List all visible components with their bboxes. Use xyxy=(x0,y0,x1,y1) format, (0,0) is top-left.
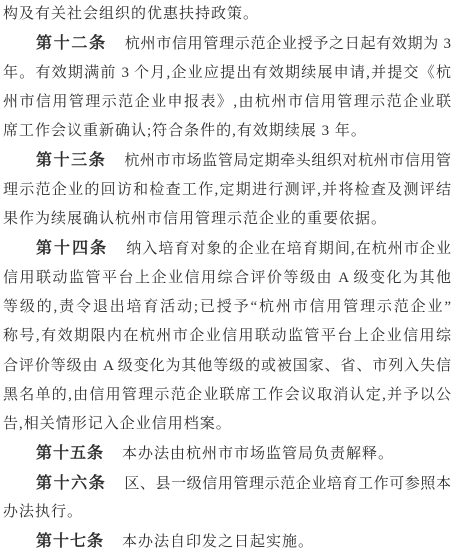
article-15-line: 第十五条本办法由杭州市市场监管局负责解释。 xyxy=(3,439,451,468)
article-14-line: 第十四条纳入培育对象的企业在培育期间,在杭州市企业 xyxy=(3,234,451,263)
text-line: 构及有关社会组织的优惠扶持政策。 xyxy=(3,0,451,29)
line-text: 构及有关社会组织的优惠扶持政策。 xyxy=(3,6,259,22)
line-text: 年。有效期满前 3 个月,企业应提出有效期续展申请,并提交《杭 xyxy=(3,65,451,81)
article-number: 第十三条 xyxy=(36,152,106,169)
line-text: 办法执行。 xyxy=(3,504,83,520)
line-text: 本办法自印发之日起实施。 xyxy=(122,534,314,550)
article-number: 第十二条 xyxy=(36,35,107,52)
line-text: 信用联动监管平台上企业信用综合评价等级由 A 级变化为其他 xyxy=(3,270,451,286)
article-12-line: 第十二条杭州市信用管理示范企业授予之日起有效期为 3 xyxy=(3,29,451,58)
line-text: 区、县一级信用管理示范企业培育工作可参照本 xyxy=(124,476,451,492)
line-text: 纳入培育对象的企业在培育期间,在杭州市企业 xyxy=(126,241,451,257)
text-line: 等级的,责令退出培育活动;已授予“杭州市信用管理示范企业” xyxy=(3,293,451,322)
text-line: 黑名单的,由信用管理示范企业联席工作会议取消认定,并予以公 xyxy=(3,381,451,410)
line-text: 理示范企业的回访和检查工作,定期进行测评,并将检查及测评结 xyxy=(3,182,451,198)
line-text: 果作为续展确认杭州市信用管理示范企业的重要依据。 xyxy=(3,211,387,227)
article-number: 第十六条 xyxy=(36,475,106,492)
line-text: 黑名单的,由信用管理示范企业联席工作会议取消认定,并予以公 xyxy=(3,387,451,403)
line-text: 本办法由杭州市市场监管局负责解释。 xyxy=(122,446,394,462)
article-number: 第十四条 xyxy=(36,240,108,257)
line-text: 杭州市信用管理示范企业授予之日起有效期为 3 xyxy=(125,36,451,52)
line-text: 州市信用管理示范企业申报表》,由杭州市信用管理示范企业联 xyxy=(3,94,451,110)
line-text: 称号,有效期限内在杭州市企业信用联动监管平台上企业信用综 xyxy=(3,328,451,344)
text-line: 州市信用管理示范企业申报表》,由杭州市信用管理示范企业联 xyxy=(3,88,451,117)
article-number: 第十七条 xyxy=(36,533,104,550)
text-line: 年。有效期满前 3 个月,企业应提出有效期续展申请,并提交《杭 xyxy=(3,59,451,88)
line-text: 告,相关情形记入企业信用档案。 xyxy=(3,416,232,432)
text-line: 信用联动监管平台上企业信用综合评价等级由 A 级变化为其他 xyxy=(3,264,451,293)
text-line: 告,相关情形记入企业信用档案。 xyxy=(3,410,451,439)
text-line: 理示范企业的回访和检查工作,定期进行测评,并将检查及测评结 xyxy=(3,176,451,205)
line-text: 合评价等级由 A 级变化为其他等级的或被国家、省、市列入失信 xyxy=(3,358,451,374)
text-line: 办法执行。 xyxy=(3,498,451,527)
document-page: 构及有关社会组织的优惠扶持政策。 第十二条杭州市信用管理示范企业授予之日起有效期… xyxy=(0,0,455,557)
article-17-line: 第十七条本办法自印发之日起实施。 xyxy=(3,527,451,556)
text-line: 合评价等级由 A 级变化为其他等级的或被国家、省、市列入失信 xyxy=(3,352,451,381)
article-number: 第十五条 xyxy=(36,445,104,462)
article-16-line: 第十六条区、县一级信用管理示范企业培育工作可参照本 xyxy=(3,469,451,498)
line-text: 席工作会议重新确认;符合条件的,有效期续展 3 年。 xyxy=(3,123,367,139)
line-text: 杭州市市场监管局定期牵头组织对杭州市信用管 xyxy=(124,153,451,169)
line-text: 等级的,责令退出培育活动;已授予“杭州市信用管理示范企业” xyxy=(3,299,451,315)
text-line: 席工作会议重新确认;符合条件的,有效期续展 3 年。 xyxy=(3,117,451,146)
text-line: 称号,有效期限内在杭州市企业信用联动监管平台上企业信用综 xyxy=(3,322,451,351)
article-13-line: 第十三条杭州市市场监管局定期牵头组织对杭州市信用管 xyxy=(3,146,451,175)
text-line: 果作为续展确认杭州市信用管理示范企业的重要依据。 xyxy=(3,205,451,234)
